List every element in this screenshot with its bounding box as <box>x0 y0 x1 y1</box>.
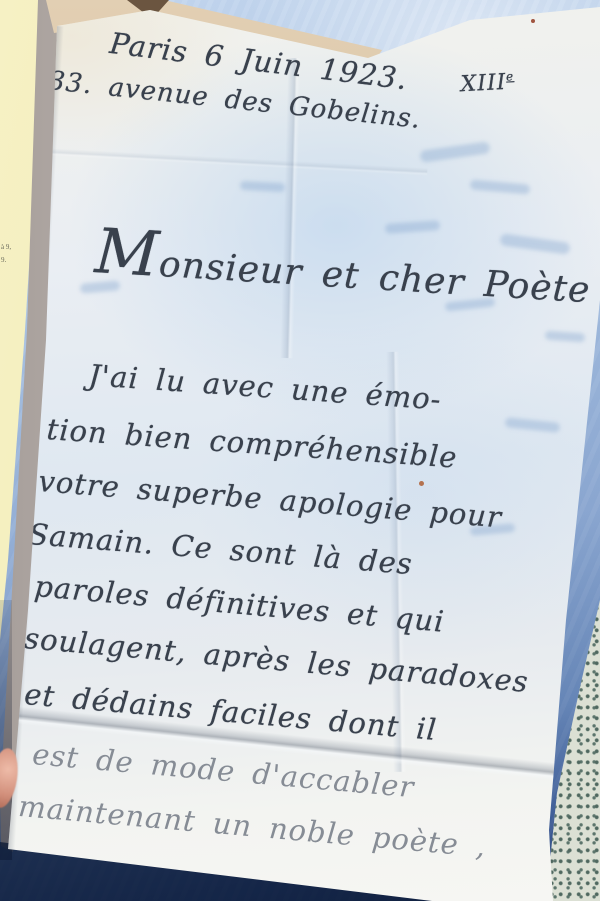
paper-speck <box>419 481 424 486</box>
ink-showthrough-mark <box>385 220 441 234</box>
paper-speck <box>531 19 535 23</box>
ink-showthrough-mark <box>420 141 491 163</box>
ink-showthrough-mark <box>470 179 531 194</box>
ink-showthrough-mark <box>505 417 561 433</box>
letter-paper: Paris 6 Juin 1923. 33. avenue des Gobeli… <box>0 0 600 901</box>
fold-crease-top <box>48 148 428 176</box>
book-page-print-fragment: 9. <box>1 256 6 264</box>
photo-of-handwritten-letter: à 9, 9. Paris 6 Juin 1923. 33. avenue de… <box>0 0 600 901</box>
district-numeral: XIII <box>460 70 507 97</box>
letter-body-line: maintenant un noble poète , <box>17 789 488 864</box>
ink-showthrough-mark <box>500 233 571 255</box>
left-edge-shadow <box>0 600 12 860</box>
letter-district: XIIIe <box>460 69 515 97</box>
book-page-print-fragment: à 9, <box>1 243 11 251</box>
ink-showthrough-mark <box>240 181 285 192</box>
letter-body-line: Samain. Ce sont là des <box>27 517 414 581</box>
ink-showthrough-mark <box>545 331 586 343</box>
letter-salutation: Monsieur et cher Poète , <box>93 240 600 313</box>
district-suffix: e <box>506 69 515 83</box>
